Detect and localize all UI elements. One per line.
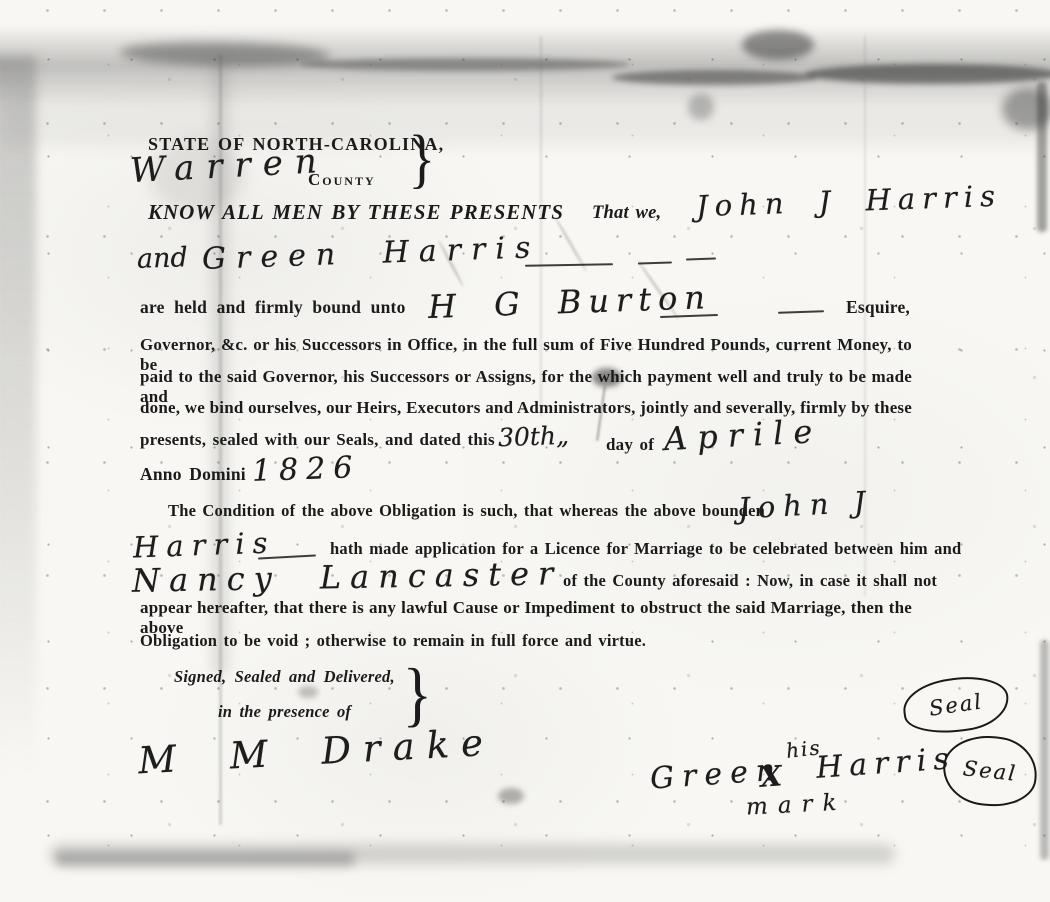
bride-name-handwritten: Nancy Lancaster: [132, 554, 563, 600]
bondsman-last-signature: Harris: [815, 741, 957, 786]
stain-bottom-band: [50, 844, 895, 864]
stain-spot-1: [688, 94, 714, 120]
condition-line3: of the County aforesaid : Now, in case i…: [563, 571, 937, 591]
in-presence-label: in the presence of: [218, 702, 351, 722]
seal-flourish-1: Seal: [900, 671, 1012, 739]
principal-name-handwritten: John J Harris: [695, 179, 1002, 224]
month-handwritten: Aprile: [663, 412, 823, 458]
seal-text: Seal: [962, 756, 1018, 786]
know-all-men-heading: KNOW ALL MEN BY THESE PRESENTS: [148, 200, 564, 225]
year-handwritten: 1826: [251, 450, 361, 489]
ink-dash: [686, 257, 716, 260]
witness-signature-handwritten: M M Drake: [137, 721, 496, 783]
x-mark-handwritten: X: [759, 759, 783, 793]
stain-right-edge-bottom: [1040, 640, 1049, 860]
execution-brace: }: [403, 658, 432, 730]
stain-spot-2: [498, 788, 524, 804]
stain-top-wash: [0, 30, 1050, 108]
stain-top-blob: [742, 30, 814, 60]
condition-line1: The Condition of the above Obligation is…: [168, 501, 765, 521]
header-brace: }: [408, 126, 435, 192]
stain-top-right-corner: [1002, 88, 1050, 130]
day-of-label: day of: [606, 435, 654, 455]
marriage-bond-document: STATE OF NORTH-CAROLINA, } Warren County…: [0, 0, 1050, 902]
governor-name-handwritten: H G Burton: [427, 278, 712, 326]
stain-top-ridge-1: [120, 40, 330, 68]
signed-sealed-label: Signed, Sealed and Delivered,: [174, 667, 395, 687]
stain-top-ridge-2: [300, 58, 630, 71]
presents-sealed-text: presents, sealed with our Seals, and dat…: [140, 430, 495, 450]
ink-dash: [638, 261, 672, 265]
seal-text: Seal: [928, 689, 985, 720]
bondsman-name-handwritten: Green Harris: [201, 230, 540, 277]
ink-dash: [778, 310, 824, 314]
stain-spot-3: [298, 686, 318, 698]
esquire-label: Esquire,: [846, 297, 910, 318]
stain-top-ridge-4: [805, 64, 1050, 84]
and-handwritten: and: [136, 242, 188, 275]
day-handwritten: 30th„: [498, 421, 570, 452]
stain-left-edge-band: [0, 55, 36, 775]
stain-bottom-band-dark: [55, 852, 355, 866]
anno-domini-label: Anno Domini: [140, 464, 246, 485]
bound-unto-text: are held and firmly bound unto: [140, 297, 406, 318]
mark-label-handwritten: mark: [745, 789, 847, 820]
ink-dash: [525, 263, 613, 267]
condition-line5: Obligation to be void ; otherwise to rem…: [140, 631, 646, 651]
that-we-label: That we,: [592, 203, 661, 224]
stain-right-edge-top: [1037, 82, 1047, 232]
groom-first-handwritten: John J: [737, 484, 874, 525]
county-label: County: [308, 170, 376, 190]
stain-top-ridge-3: [612, 70, 817, 85]
